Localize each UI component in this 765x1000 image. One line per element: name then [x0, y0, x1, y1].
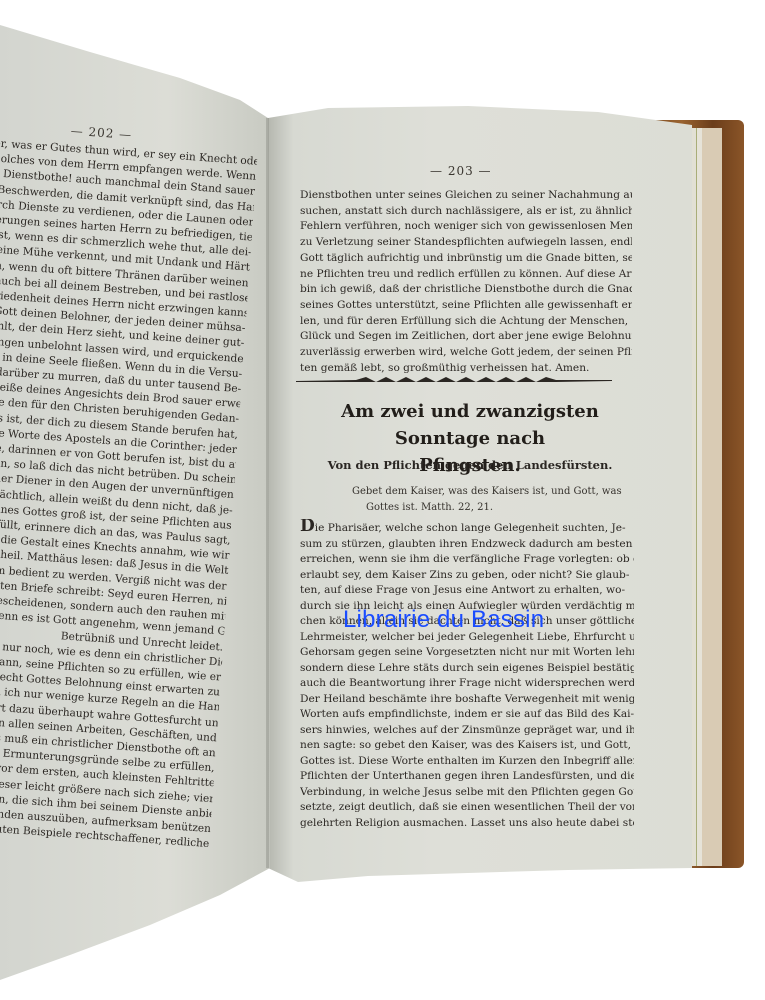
text-line: Der Heiland beschämte ihre boshafte Verw… [300, 692, 634, 708]
text-line: len, und für deren Erfüllung sich die Ac… [300, 314, 632, 330]
text-line: Pflichten der Unterthanen gegen ihren La… [300, 769, 634, 785]
text-line: setzte, zeigt deutlich, daß sie einen we… [300, 800, 634, 816]
text-line: Fehlern verführen, noch weniger sich von… [300, 219, 632, 235]
page-number-right: — 203 — [430, 164, 492, 178]
chapter-subtitle: Von den Pflichten gegen den Landesfürste… [300, 458, 640, 472]
text-line: erlaubt sey, dem Kaiser Zins zu geben, o… [300, 568, 634, 584]
text-line: ten gemäß lebt, so großmüthig verheissen… [300, 361, 632, 377]
watermark-text: Librairie du Bassin [343, 606, 544, 634]
text-line: suchen, anstatt sich durch nachlässigere… [300, 204, 632, 220]
text-line: Gottes ist. Diese Worte enthalten im Kur… [300, 754, 634, 770]
text-line: Verbindung, in welche Jesus selbe mit de… [300, 785, 634, 801]
text-line: sers hinwies, welches auf der Zinsmünze … [300, 723, 634, 739]
text-line: sum zu stürzen, glaubten ihren Endzweck … [300, 537, 634, 553]
book-photo: — 202 — der, was er Gutes thun wird, er … [0, 0, 765, 1000]
text-line: gelehrten Religion ausmachen. Lasset uns… [300, 816, 634, 832]
text-line: seines Gottes unterstützt, seine Pflicht… [300, 298, 632, 314]
text-line: auch die Beantwortung ihrer Frage nicht … [300, 676, 634, 692]
book-gutter [266, 118, 269, 868]
text-line: Gott täglich aufrichtig und inbrünstig u… [300, 251, 632, 267]
chapter-title-line-1: Am zwei und zwanzigsten Sonntage nach [300, 398, 640, 452]
epigraph-line-2: Gottes ist. Matth. 22, 21. [352, 500, 632, 516]
text-line: Worten aufs empfindlichste, indem er sie… [300, 707, 634, 723]
text-line: zu Verletzung seiner Standespflichten au… [300, 235, 632, 251]
main-paragraph-lines: sum zu stürzen, glaubten ihren Endzweck … [300, 537, 634, 832]
first-line-text: ie Pharisäer, welche schon lange Gelegen… [315, 522, 626, 534]
text-line: ne Pflichten treu und redlich erfüllen z… [300, 267, 632, 283]
right-page-main-text: Die Pharisäer, welche schon lange Gelege… [300, 519, 634, 831]
text-line: erreichen, wenn sie ihm die verfängliche… [300, 552, 634, 568]
epigraph: Gebet dem Kaiser, was des Kaisers ist, u… [352, 484, 632, 516]
page-edges [688, 128, 722, 866]
text-line: ten, auf diese Frage von Jesus eine Antw… [300, 583, 634, 599]
text-line: Dienstbothen unter seines Gleichen zu se… [300, 188, 632, 204]
ornamental-divider [296, 376, 612, 384]
epigraph-line-1: Gebet dem Kaiser, was des Kaisers ist, u… [352, 484, 632, 500]
text-line: nen sagte: so gebet den Kaiser, was des … [300, 738, 634, 754]
text-line: Gehorsam gegen seine Vorgesetzten nicht … [300, 645, 634, 661]
text-line: sondern diese Lehre stäts durch sein eig… [300, 661, 634, 677]
first-line: Die Pharisäer, welche schon lange Gelege… [300, 519, 634, 537]
drop-cap: D [300, 519, 315, 536]
text-line: zuverlässig erwerben wird, welche Gott j… [300, 345, 632, 361]
text-line: bin ich gewiß, daß der christliche Diens… [300, 282, 632, 298]
right-page-top-paragraph: Dienstbothen unter seines Gleichen zu se… [300, 188, 632, 376]
text-line: Glück und Segen im Zeitlichen, dort aber… [300, 329, 632, 345]
